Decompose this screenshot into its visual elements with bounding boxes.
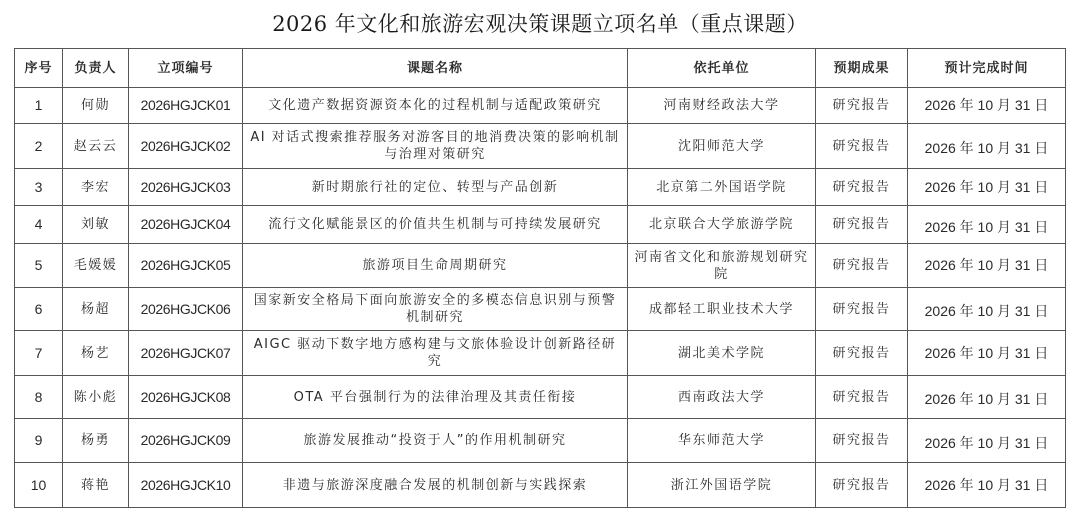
header-code: 立项编号 xyxy=(129,49,243,88)
table-row: 8 陈小彪 2026HGJCK08 OTA 平台强制行为的法律治理及其责任衔接 … xyxy=(15,376,1066,419)
cell-code: 2026HGJCK10 xyxy=(129,463,243,508)
due-text: 2026 年 10 月 31 日 xyxy=(925,179,1049,196)
cell-leader: 蒋艳 xyxy=(63,463,129,508)
cell-topic: 流行文化赋能景区的价值共生机制与可持续发展研究 xyxy=(243,206,628,244)
cell-code: 2026HGJCK02 xyxy=(129,124,243,169)
cell-outcome: 研究报告 xyxy=(816,124,908,169)
table-row: 9 杨勇 2026HGJCK09 旅游发展推动“投资于人”的作用机制研究 华东师… xyxy=(15,419,1066,463)
due-text: 2026 年 10 月 31 日 xyxy=(925,345,1049,362)
cell-outcome: 研究报告 xyxy=(816,376,908,419)
table-row: 7 杨艺 2026HGJCK07 AIGC 驱动下数字地方感构建与文旅体验设计创… xyxy=(15,331,1066,376)
cell-org: 沈阳师范大学 xyxy=(628,124,816,169)
cell-topic: 旅游发展推动“投资于人”的作用机制研究 xyxy=(243,419,628,463)
cell-due: 2026 年 10 月 31 日 xyxy=(908,463,1066,508)
cell-topic: AIGC 驱动下数字地方感构建与文旅体验设计创新路径研究 xyxy=(243,331,628,376)
due-text: 2026 年 10 月 31 日 xyxy=(925,298,1049,320)
header-org: 依托单位 xyxy=(628,49,816,88)
cell-leader: 陈小彪 xyxy=(63,376,129,419)
cell-code: 2026HGJCK09 xyxy=(129,419,243,463)
cell-outcome: 研究报告 xyxy=(816,331,908,376)
cell-leader: 刘敏 xyxy=(63,206,129,244)
cell-leader: 李宏 xyxy=(63,169,129,206)
table-header-row: 序号 负责人 立项编号 课题名称 依托单位 预期成果 预计完成时间 xyxy=(15,49,1066,88)
cell-topic: 新时期旅行社的定位、转型与产品创新 xyxy=(243,169,628,206)
cell-due: 2026 年 10 月 31 日 xyxy=(908,124,1066,169)
cell-topic: AI 对话式搜索推荐服务对游客目的地消费决策的影响机制与治理对策研究 xyxy=(243,124,628,169)
table-row: 10 蒋艳 2026HGJCK10 非遗与旅游深度融合发展的机制创新与实践探索 … xyxy=(15,463,1066,508)
cell-outcome: 研究报告 xyxy=(816,206,908,244)
header-topic: 课题名称 xyxy=(243,49,628,88)
cell-leader: 杨艺 xyxy=(63,331,129,376)
cell-outcome: 研究报告 xyxy=(816,419,908,463)
cell-due: 2026 年 10 月 31 日 xyxy=(908,331,1066,376)
cell-no: 6 xyxy=(15,288,63,331)
cell-leader: 杨超 xyxy=(63,288,129,331)
cell-org: 北京联合大学旅游学院 xyxy=(628,206,816,244)
due-text: 2026 年 10 月 31 日 xyxy=(925,135,1049,157)
cell-topic: 非遗与旅游深度融合发展的机制创新与实践探索 xyxy=(243,463,628,508)
cell-org: 湖北美术学院 xyxy=(628,331,816,376)
cell-no: 3 xyxy=(15,169,63,206)
header-no: 序号 xyxy=(15,49,63,88)
table-row: 6 杨超 2026HGJCK06 国家新安全格局下面向旅游安全的多模态信息识别与… xyxy=(15,288,1066,331)
header-leader: 负责人 xyxy=(63,49,129,88)
cell-code: 2026HGJCK08 xyxy=(129,376,243,419)
cell-due: 2026 年 10 月 31 日 xyxy=(908,206,1066,244)
cell-code: 2026HGJCK05 xyxy=(129,244,243,288)
cell-due: 2026 年 10 月 31 日 xyxy=(908,376,1066,419)
cell-leader: 何勋 xyxy=(63,88,129,124)
cell-code: 2026HGJCK04 xyxy=(129,206,243,244)
header-due: 预计完成时间 xyxy=(908,49,1066,88)
cell-due: 2026 年 10 月 31 日 xyxy=(908,88,1066,124)
project-list-table: 序号 负责人 立项编号 课题名称 依托单位 预期成果 预计完成时间 1 何勋 2… xyxy=(14,48,1066,508)
cell-code: 2026HGJCK01 xyxy=(129,88,243,124)
cell-topic: 文化遗产数据资源资本化的过程机制与适配政策研究 xyxy=(243,88,628,124)
cell-no: 4 xyxy=(15,206,63,244)
cell-code: 2026HGJCK03 xyxy=(129,169,243,206)
due-text: 2026 年 10 月 31 日 xyxy=(925,214,1049,236)
cell-due: 2026 年 10 月 31 日 xyxy=(908,169,1066,206)
due-text: 2026 年 10 月 31 日 xyxy=(925,477,1049,494)
cell-org: 河南省文化和旅游规划研究院 xyxy=(628,244,816,288)
cell-outcome: 研究报告 xyxy=(816,463,908,508)
header-outcome: 预期成果 xyxy=(816,49,908,88)
cell-org: 华东师范大学 xyxy=(628,419,816,463)
cell-due: 2026 年 10 月 31 日 xyxy=(908,244,1066,288)
due-text: 2026 年 10 月 31 日 xyxy=(925,386,1049,408)
cell-due: 2026 年 10 月 31 日 xyxy=(908,288,1066,331)
cell-topic: 旅游项目生命周期研究 xyxy=(243,244,628,288)
cell-outcome: 研究报告 xyxy=(816,88,908,124)
cell-org: 河南财经政法大学 xyxy=(628,88,816,124)
cell-org: 西南政法大学 xyxy=(628,376,816,419)
table-row: 2 赵云云 2026HGJCK02 AI 对话式搜索推荐服务对游客目的地消费决策… xyxy=(15,124,1066,169)
cell-code: 2026HGJCK07 xyxy=(129,331,243,376)
cell-leader: 赵云云 xyxy=(63,124,129,169)
document-title: 2026 年文化和旅游宏观决策课题立项名单（重点课题） xyxy=(0,8,1080,38)
due-text: 2026 年 10 月 31 日 xyxy=(925,430,1049,452)
cell-leader: 毛媛媛 xyxy=(63,244,129,288)
cell-topic: OTA 平台强制行为的法律治理及其责任衔接 xyxy=(243,376,628,419)
cell-outcome: 研究报告 xyxy=(816,169,908,206)
due-text: 2026 年 10 月 31 日 xyxy=(925,257,1049,274)
cell-outcome: 研究报告 xyxy=(816,288,908,331)
cell-due: 2026 年 10 月 31 日 xyxy=(908,419,1066,463)
table-row: 3 李宏 2026HGJCK03 新时期旅行社的定位、转型与产品创新 北京第二外… xyxy=(15,169,1066,206)
due-text: 2026 年 10 月 31 日 xyxy=(925,97,1049,114)
table-row: 1 何勋 2026HGJCK01 文化遗产数据资源资本化的过程机制与适配政策研究… xyxy=(15,88,1066,124)
table-row: 4 刘敏 2026HGJCK04 流行文化赋能景区的价值共生机制与可持续发展研究… xyxy=(15,206,1066,244)
cell-topic: 国家新安全格局下面向旅游安全的多模态信息识别与预警机制研究 xyxy=(243,288,628,331)
cell-org: 成都轻工职业技术大学 xyxy=(628,288,816,331)
cell-no: 5 xyxy=(15,244,63,288)
cell-no: 7 xyxy=(15,331,63,376)
cell-outcome: 研究报告 xyxy=(816,244,908,288)
cell-leader: 杨勇 xyxy=(63,419,129,463)
cell-no: 8 xyxy=(15,376,63,419)
table-row: 5 毛媛媛 2026HGJCK05 旅游项目生命周期研究 河南省文化和旅游规划研… xyxy=(15,244,1066,288)
cell-code: 2026HGJCK06 xyxy=(129,288,243,331)
cell-no: 1 xyxy=(15,88,63,124)
cell-org: 浙江外国语学院 xyxy=(628,463,816,508)
cell-no: 9 xyxy=(15,419,63,463)
cell-no: 10 xyxy=(15,463,63,508)
cell-no: 2 xyxy=(15,124,63,169)
cell-org: 北京第二外国语学院 xyxy=(628,169,816,206)
